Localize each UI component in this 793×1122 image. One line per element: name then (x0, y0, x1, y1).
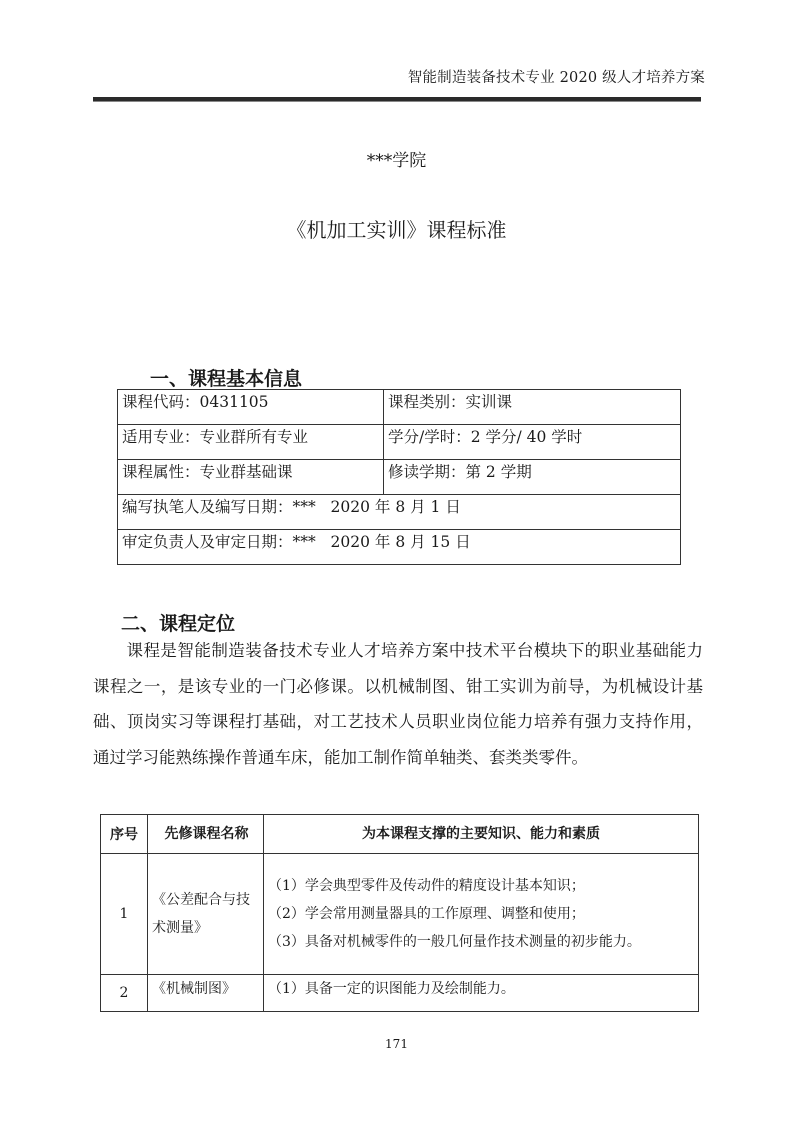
info-cell: 课程属性：专业群基础课 (118, 460, 384, 495)
prereq-course-name: 《公差配合与技术测量》 (148, 854, 264, 975)
column-header: 为本课程支撑的主要知识、能力和素质 (264, 815, 699, 854)
support-item: （2）学会常用测量器具的工作原理、调整和使用； (268, 900, 694, 928)
info-cell: 学分/学时：2 学分/ 40 学时 (384, 425, 681, 460)
document-title: 《机加工实训》课程标准 (0, 214, 793, 243)
support-item: （3）具备对机械零件的一般几何量作技术测量的初步能力。 (268, 928, 694, 956)
running-header: 智能制造装备技术专业 2020 级人才培养方案 (395, 66, 705, 87)
table-row: 审定负责人及审定日期：*** 2020 年 8 月 15 日 (118, 530, 681, 565)
info-cell: 课程代码：0431105 (118, 390, 384, 425)
table-row: 2 《机械制图》 （1）具备一定的识图能力及绘制能力。 (101, 975, 699, 1012)
table-row: 适用专业：专业群所有专业 学分/学时：2 学分/ 40 学时 (118, 425, 681, 460)
table-row: 编写执笔人及编写日期：*** 2020 年 8 月 1 日 (118, 495, 681, 530)
row-number: 2 (101, 975, 148, 1012)
support-item: （1）学会典型零件及传动件的精度设计基本知识； (268, 872, 694, 900)
prereq-support-description: （1）具备一定的识图能力及绘制能力。 (264, 975, 699, 1012)
page-number: 171 (0, 1037, 793, 1051)
prereq-course-name: 《机械制图》 (148, 975, 264, 1012)
info-cell: 课程类别：实训课 (384, 390, 681, 425)
column-header: 序号 (101, 815, 148, 854)
info-cell: 审定负责人及审定日期：*** 2020 年 8 月 15 日 (118, 530, 681, 565)
info-cell: 修读学期：第 2 学期 (384, 460, 681, 495)
column-header: 先修课程名称 (148, 815, 264, 854)
table-row: 1 《公差配合与技术测量》 （1）学会典型零件及传动件的精度设计基本知识； （2… (101, 854, 699, 975)
table-row: 课程属性：专业群基础课 修读学期：第 2 学期 (118, 460, 681, 495)
info-cell: 编写执笔人及编写日期：*** 2020 年 8 月 1 日 (118, 495, 681, 530)
course-positioning-paragraph: 课程是智能制造装备技术专业人才培养方案中技术平台模块下的职业基础能力课程之一，是… (93, 633, 703, 775)
section-heading-course-positioning: 二、课程定位 (121, 609, 235, 636)
paragraph-text: 课程是智能制造装备技术专业人才培养方案中技术平台模块下的职业基础能力课程之一，是… (93, 641, 703, 767)
info-cell: 适用专业：专业群所有专业 (118, 425, 384, 460)
support-item: （1）具备一定的识图能力及绘制能力。 (268, 975, 694, 1003)
header-rule (93, 97, 701, 102)
prerequisite-table: 序号 先修课程名称 为本课程支撑的主要知识、能力和素质 1 《公差配合与技术测量… (100, 814, 699, 1012)
row-number: 1 (101, 854, 148, 975)
basic-info-table: 课程代码：0431105 课程类别：实训课 适用专业：专业群所有专业 学分/学时… (117, 389, 681, 565)
table-header-row: 序号 先修课程名称 为本课程支撑的主要知识、能力和素质 (101, 815, 699, 854)
prereq-support-description: （1）学会典型零件及传动件的精度设计基本知识； （2）学会常用测量器具的工作原理… (264, 854, 699, 975)
college-name: ***学院 (0, 146, 793, 171)
section-heading-basic-info: 一、课程基本信息 (150, 364, 302, 391)
table-row: 课程代码：0431105 课程类别：实训课 (118, 390, 681, 425)
